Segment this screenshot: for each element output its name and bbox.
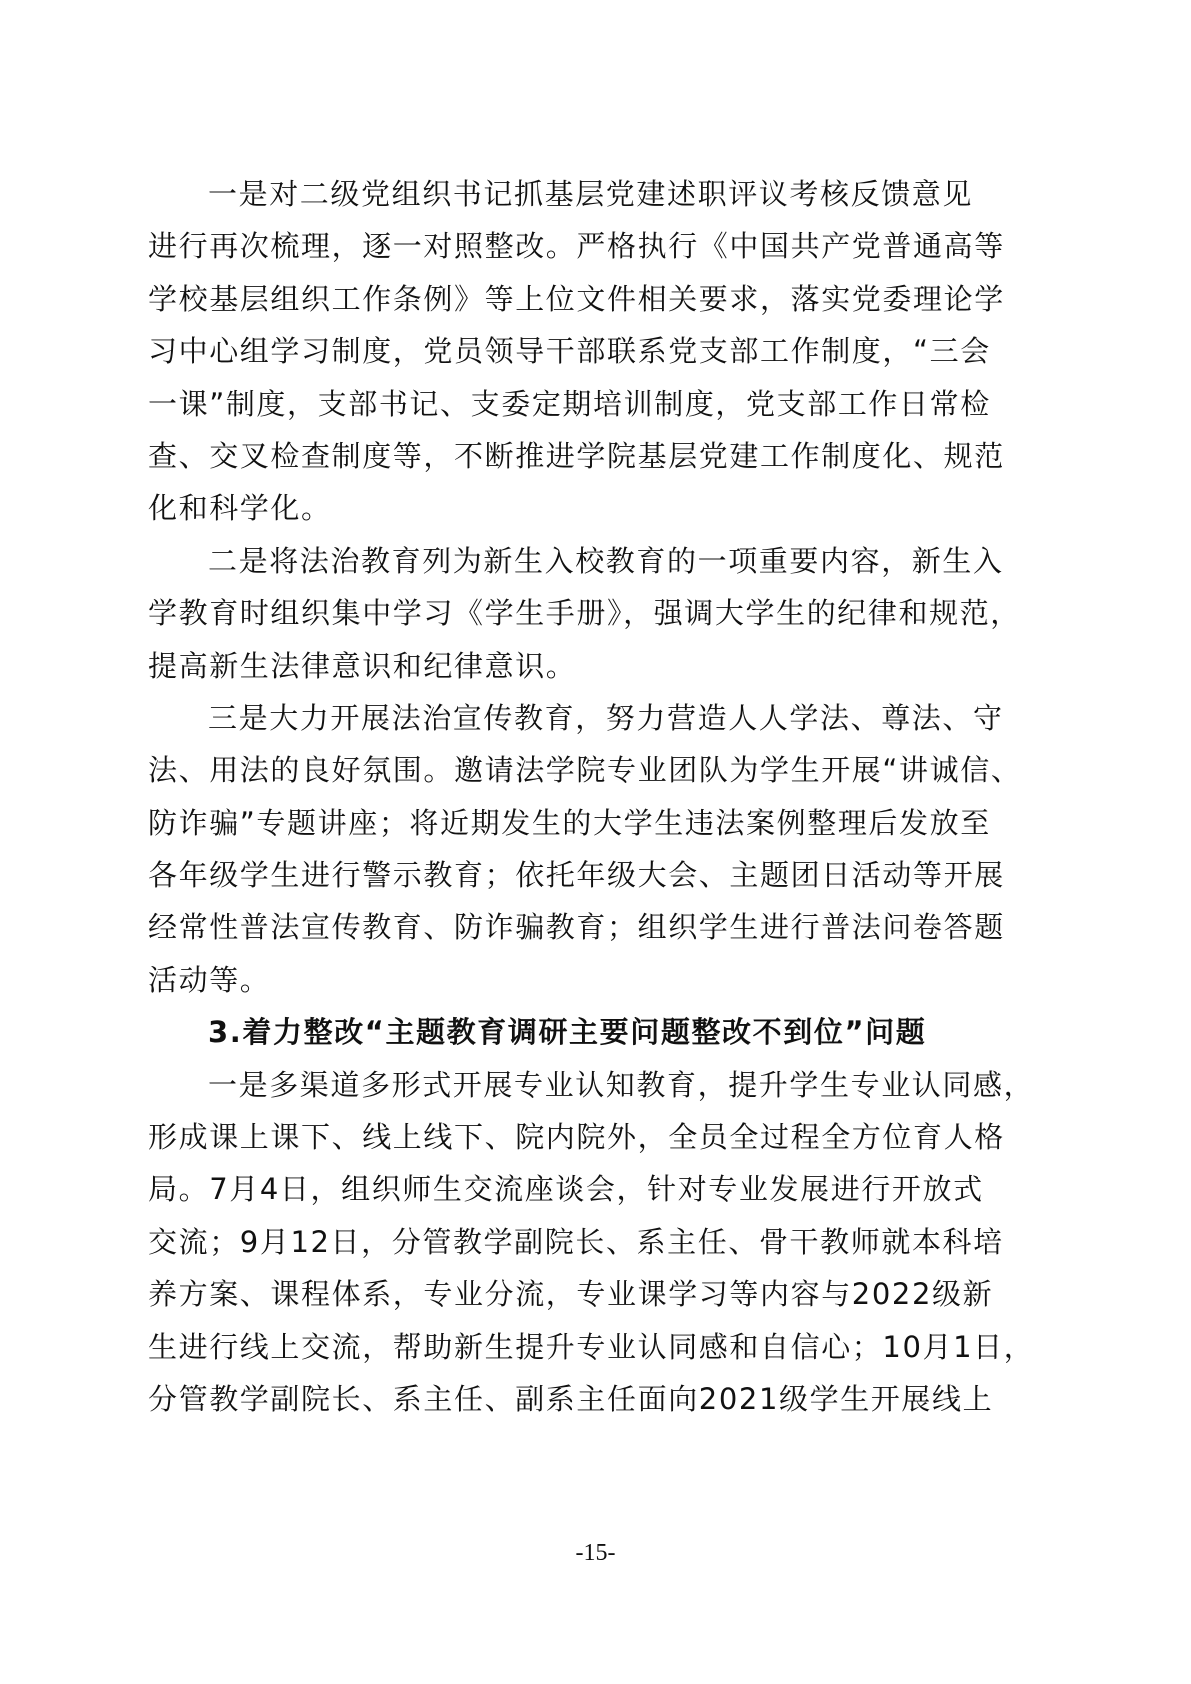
text-line: 交流；9月12日，分管教学副院长、系主任、骨干教师就本科培 [148, 1216, 978, 1268]
text-line: 一是对二级党组织书记抓基层党建述职评议考核反馈意见 [148, 168, 978, 220]
text-line: 化和科学化。 [148, 482, 978, 534]
text-line: 一是多渠道多形式开展专业认知教育，提升学生专业认同感， [148, 1059, 978, 1111]
text-line: 三是大力开展法治宣传教育，努力营造人人学法、尊法、守 [148, 692, 978, 744]
text-line: 查、交叉检查制度等，不断推进学院基层党建工作制度化、规范 [148, 430, 978, 482]
text-line: 生进行线上交流，帮助新生提升专业认同感和自信心；10月1日， [148, 1321, 978, 1373]
document-body: 一是对二级党组织书记抓基层党建述职评议考核反馈意见 进行再次梳理，逐一对照整改。… [148, 168, 978, 1425]
document-page: 一是对二级党组织书记抓基层党建述职评议考核反馈意见 进行再次梳理，逐一对照整改。… [0, 0, 1191, 1684]
text-line: 一课”制度，支部书记、支委定期培训制度，党支部工作日常检 [148, 378, 978, 430]
text-line: 养方案、课程体系，专业分流，专业课学习等内容与2022级新 [148, 1268, 978, 1320]
text-line: 分管教学副院长、系主任、副系主任面向2021级学生开展线上 [148, 1373, 978, 1425]
text-line: 局。7月4日，组织师生交流座谈会，针对专业发展进行开放式 [148, 1163, 978, 1215]
page-number: -15- [0, 1540, 1191, 1567]
text-line: 学教育时组织集中学习《学生手册》，强调大学生的纪律和规范， [148, 587, 978, 639]
text-line: 提高新生法律意识和纪律意识。 [148, 640, 978, 692]
text-line: 习中心组学习制度，党员领导干部联系党支部工作制度，“三会 [148, 325, 978, 377]
text-line: 经常性普法宣传教育、防诈骗教育；组织学生进行普法问卷答题 [148, 901, 978, 953]
text-line: 活动等。 [148, 954, 978, 1006]
text-line: 法、用法的良好氛围。邀请法学院专业团队为学生开展“讲诚信、 [148, 744, 978, 796]
text-line: 各年级学生进行警示教育；依托年级大会、主题团日活动等开展 [148, 849, 978, 901]
text-line: 二是将法治教育列为新生入校教育的一项重要内容，新生入 [148, 535, 978, 587]
section-heading: 3.着力整改“主题教育调研主要问题整改不到位”问题 [148, 1006, 978, 1058]
text-line: 形成课上课下、线上线下、院内院外，全员全过程全方位育人格 [148, 1111, 978, 1163]
text-line: 进行再次梳理，逐一对照整改。严格执行《中国共产党普通高等 [148, 220, 978, 272]
text-line: 防诈骗”专题讲座；将近期发生的大学生违法案例整理后发放至 [148, 797, 978, 849]
text-line: 学校基层组织工作条例》等上位文件相关要求，落实党委理论学 [148, 273, 978, 325]
